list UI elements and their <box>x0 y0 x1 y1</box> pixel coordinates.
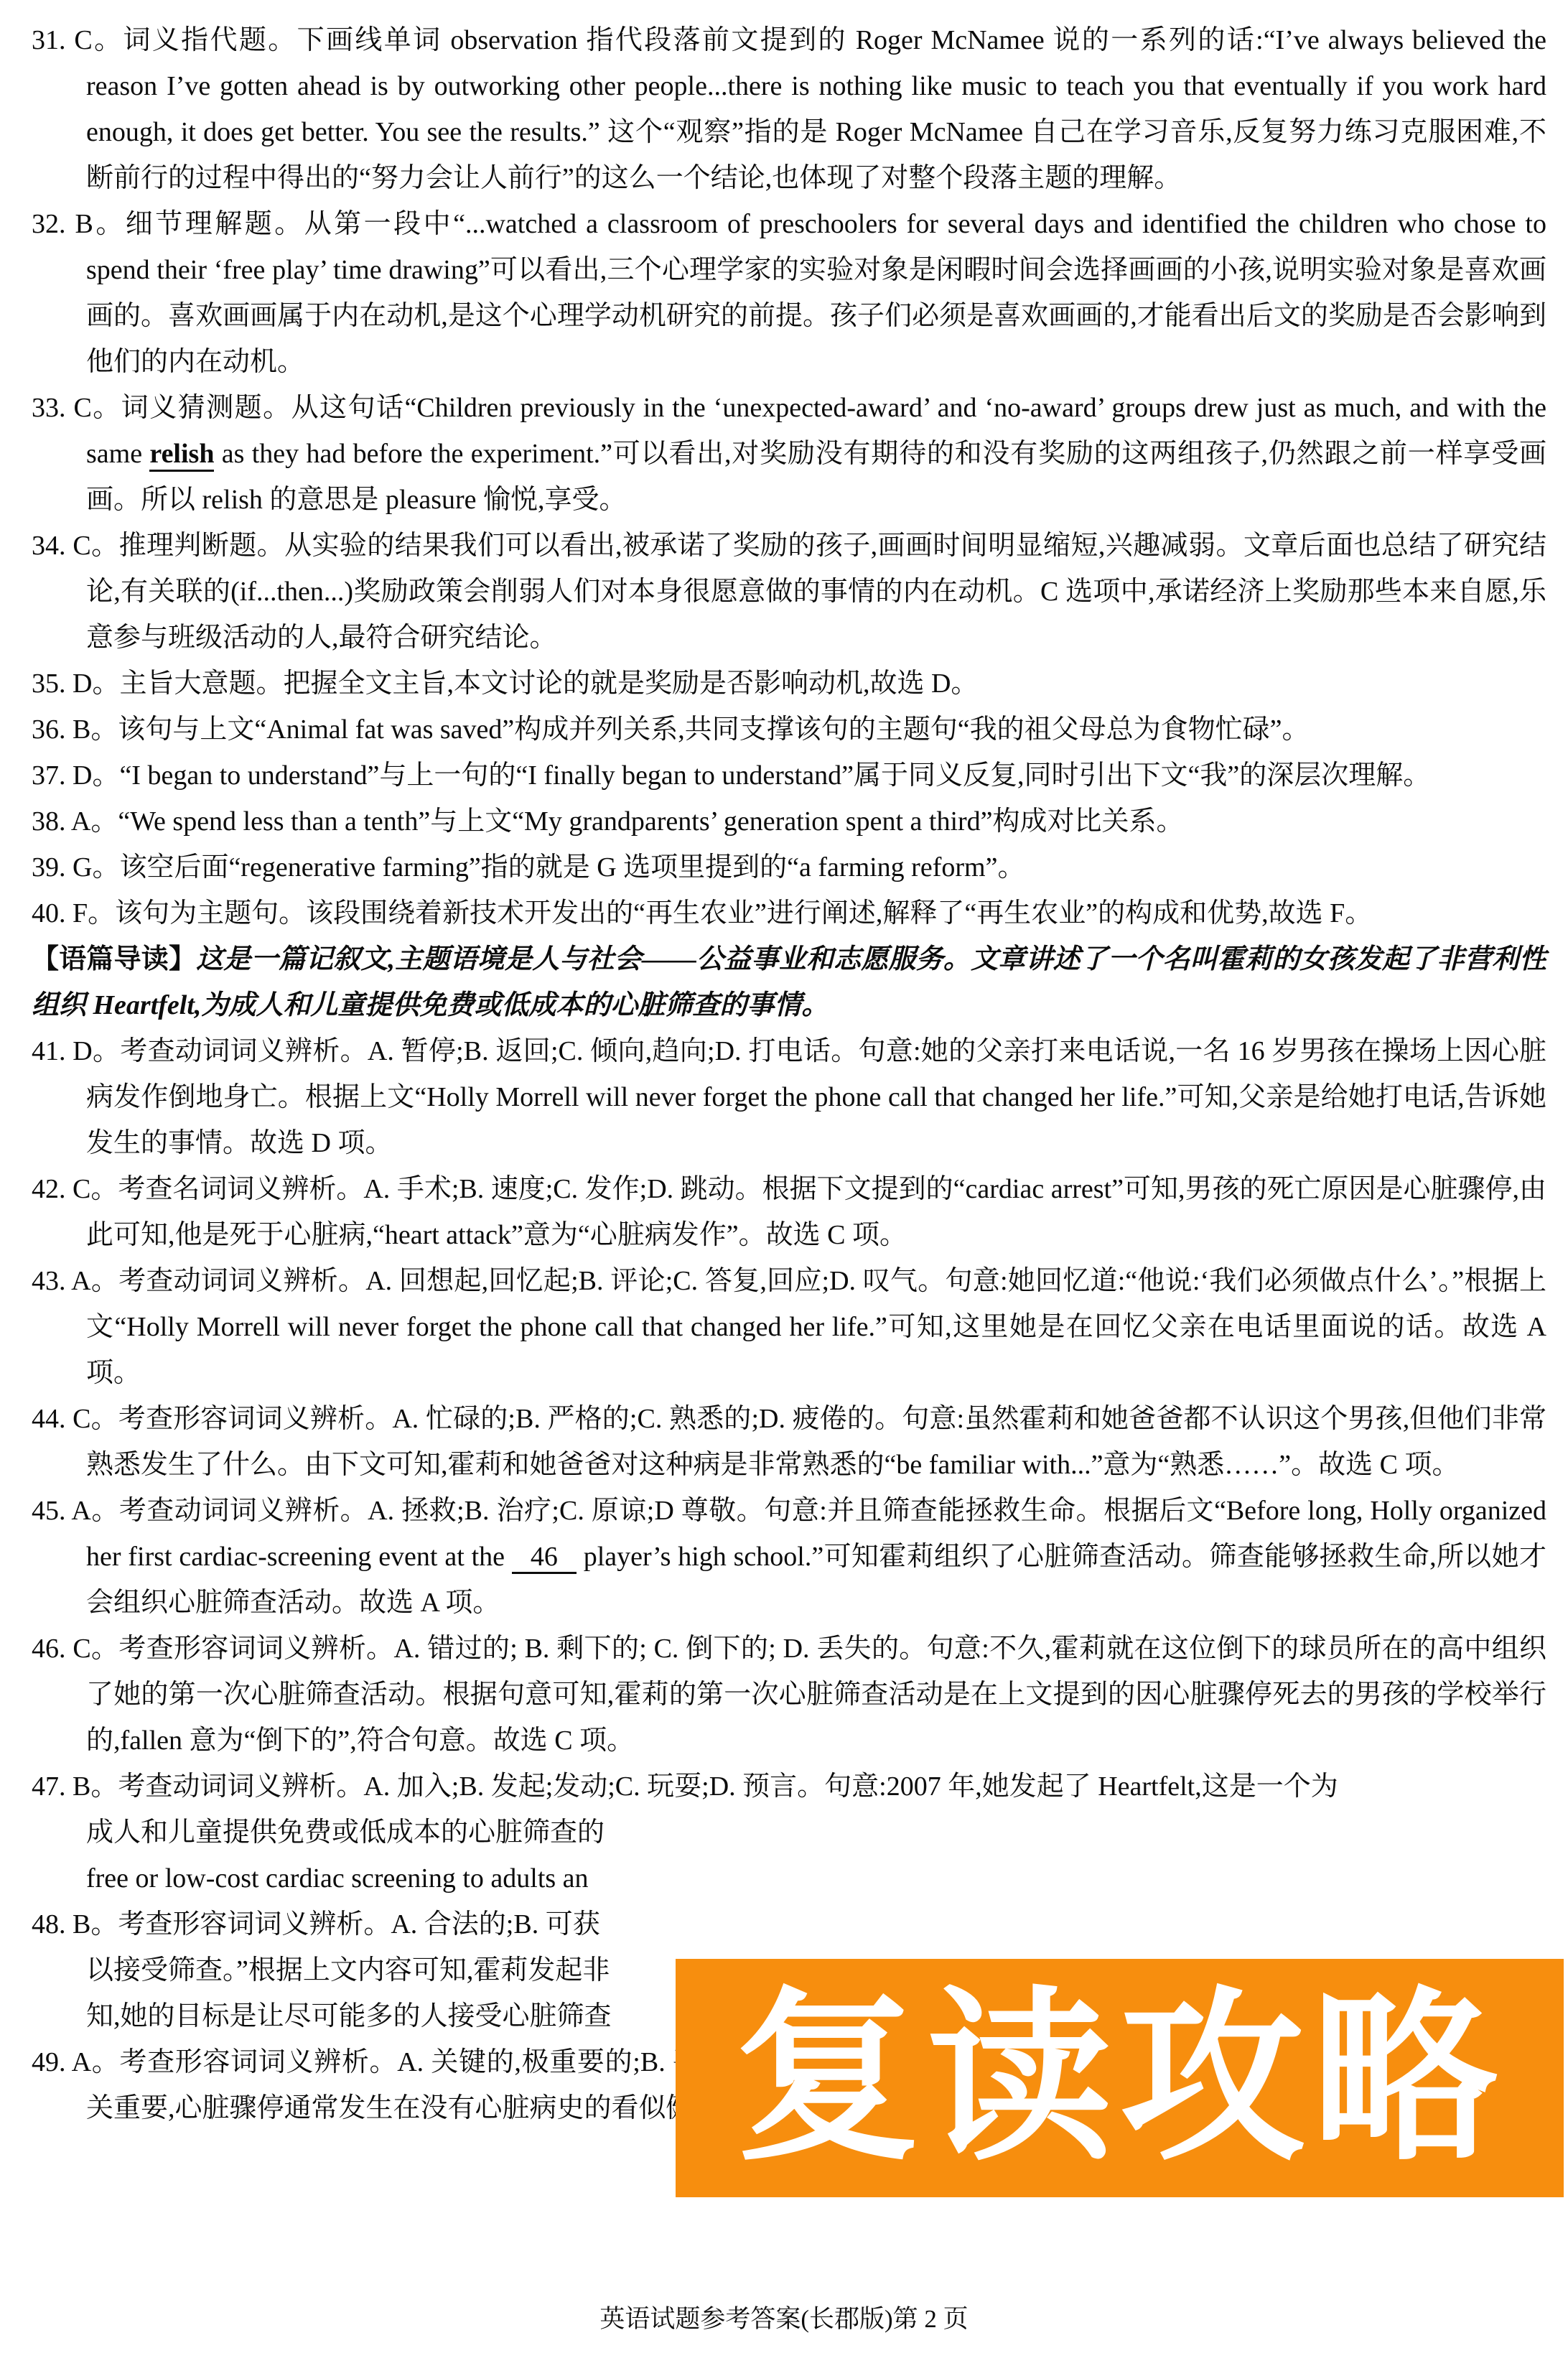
answer-item-33: 33. C。词义猜测题。从这句话“Children previously in … <box>32 385 1546 523</box>
fudu-gonglue-watermark: 复读攻略 <box>676 1959 1564 2197</box>
passage-guide-label: 【语篇导读】 <box>32 944 196 974</box>
answer-item-44: 44. C。考查形容词词义辨析。A. 忙碌的;B. 严格的;C. 熟悉的;D. … <box>32 1396 1546 1488</box>
answer-item-43: 43. A。考查动词词义辨析。A. 回想起,回忆起;B. 评论;C. 答复,回应… <box>32 1258 1546 1396</box>
passage-guide: 【语篇导读】这是一篇记叙文,主题语境是人与社会——公益事业和志愿服务。文章讲述了… <box>32 936 1546 1028</box>
answer-item-40: 40. F。该句为主题句。该段围绕着新技术开发出的“再生农业”进行阐述,解释了“… <box>32 890 1546 936</box>
answer-item-47-line-1: 47. B。考查动词词义辨析。A. 加入;B. 发起;发动;C. 玩耍;D. 预… <box>32 1764 1546 1810</box>
answer-item-42: 42. C。考查名词词义辨析。A. 手术;B. 速度;C. 发作;D. 跳动。根… <box>32 1166 1546 1258</box>
answer-item-41: 41. D。考查动词词义辨析。A. 暂停;B. 返回;C. 倾向,趋向;D. 打… <box>32 1028 1546 1166</box>
answer-item-45: 45. A。考查动词词义辨析。A. 拯救;B. 治疗;C. 原谅;D 尊敬。句意… <box>32 1488 1546 1626</box>
answer-item-48-line-1: 48. B。考查形容词词义辨析。A. 合法的;B. 可获 <box>32 1901 1546 1947</box>
answer-item-39: 39. G。该空后面“regenerative farming”指的就是 G 选… <box>32 844 1546 890</box>
fudu-gonglue-watermark-text: 复读攻略 <box>735 1985 1505 2171</box>
answer-item-38: 38. A。“We spend less than a tenth”与上文“My… <box>32 798 1546 844</box>
answer-item-36: 36. B。该句与上文“Animal fat was saved”构成并列关系,… <box>32 707 1546 753</box>
answer-item-47-line-2: 成人和儿童提供免费或低成本的心脏筛查的 <box>32 1810 1546 1855</box>
underlined-word-relish: relish <box>149 439 214 472</box>
answer-item-47: 47. B。考查动词词义辨析。A. 加入;B. 发起;发动;C. 玩耍;D. 预… <box>32 1764 1546 1901</box>
blank-46: 46 <box>512 1542 577 1574</box>
answer-item-31: 31. C。词义指代题。下画线单词 observation 指代段落前文提到的 … <box>32 17 1546 201</box>
answer-key-page: 31. C。词义指代题。下画线单词 observation 指代段落前文提到的 … <box>0 0 1568 2366</box>
answer-item-32: 32. B。细节理解题。从第一段中“...watched a classroom… <box>32 201 1546 385</box>
answer-item-35: 35. D。主旨大意题。把握全文主旨,本文讨论的就是奖励是否影响动机,故选 D。 <box>32 661 1546 707</box>
page-footer: 英语试题参考答案(长郡版)第 2 页 <box>0 2296 1568 2342</box>
answer-item-33-post: as they had before the experiment.”可以看出,… <box>86 439 1546 515</box>
passage-guide-text: 这是一篇记叙文,主题语境是人与社会——公益事业和志愿服务。文章讲述了一个名叫霍莉… <box>32 944 1546 1020</box>
answer-item-47-line-3: free or low-cost cardiac screening to ad… <box>32 1855 1546 1901</box>
answer-item-46: 46. C。考查形容词词义辨析。A. 错过的; B. 剩下的; C. 倒下的; … <box>32 1626 1546 1764</box>
answer-item-34: 34. C。推理判断题。从实验的结果我们可以看出,被承诺了奖励的孩子,画画时间明… <box>32 523 1546 661</box>
answer-item-37: 37. D。“I began to understand”与上一句的“I fin… <box>32 753 1546 798</box>
